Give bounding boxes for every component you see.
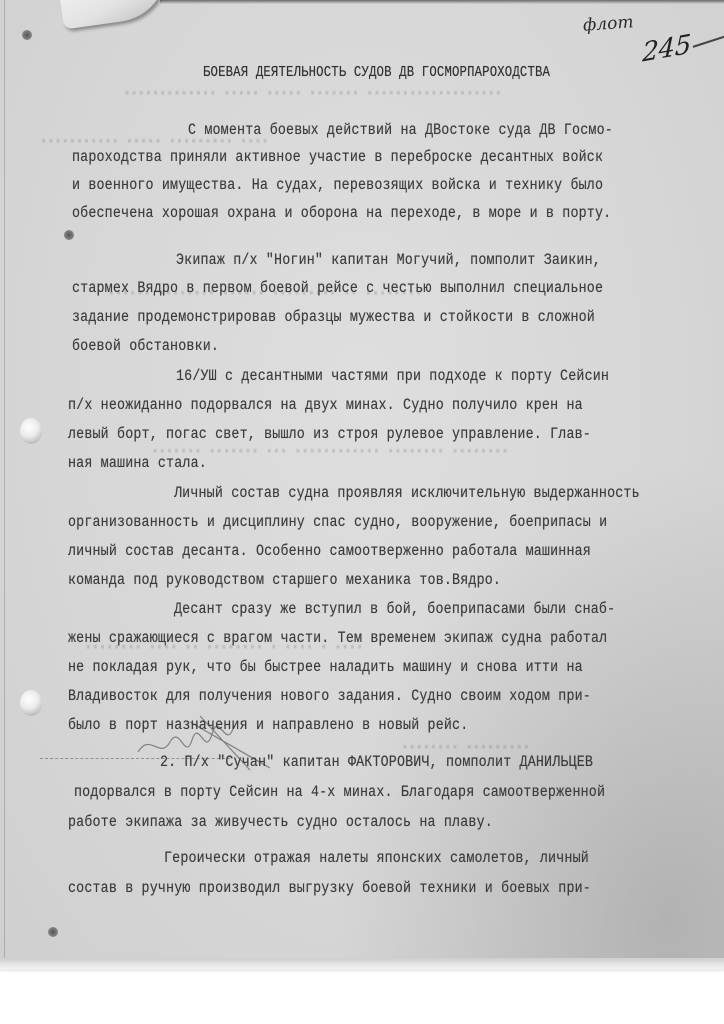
page-bottom-edge: [0, 958, 724, 970]
text-line: стармех Вядро в первом боевой рейсе с че…: [72, 279, 603, 297]
text-line: ная машина стала.: [68, 454, 207, 472]
text-line: левый борт, погас свет, вышло из строя р…: [68, 425, 591, 443]
text-line: С момента боевых действий на ДВостоке су…: [188, 121, 613, 139]
text-line: не покладая рук, что бы быстрее наладить…: [68, 658, 583, 676]
handwritten-page-number: 245: [642, 29, 692, 68]
handwritten-fleet-label: флот: [582, 12, 634, 35]
text-line: состав в ручную производил выгрузку боев…: [68, 879, 591, 897]
text-line: Личный состав судна проявляя исключитель…: [174, 484, 640, 502]
text-line: пароходства приняли активное участие в п…: [72, 148, 603, 166]
text-line: Героически отражая налеты японских самол…: [164, 849, 589, 867]
page-edge-line: [4, 0, 5, 968]
text-line: жены сражающиеся с врагом части. Тем вре…: [68, 629, 607, 647]
text-line: команда под руководством старшего механи…: [68, 571, 501, 589]
text-line: организованность и дисциплину спас судно…: [68, 513, 607, 531]
document-title: БОЕВАЯ ДЕЯТЕЛЬНОСТЬ СУДОВ ДВ ГОСМОРПАРОХ…: [203, 64, 550, 81]
text-line: и военного имущества. На судах, перевозя…: [72, 176, 603, 194]
pin-mark: [64, 230, 74, 240]
text-line: Владивосток для получения нового задания…: [68, 687, 591, 705]
text-line: 16/УШ с десантными частями при подходе к…: [176, 367, 609, 385]
text-line: Экипаж п/х "Ногин" капитан Могучий, помп…: [176, 251, 601, 269]
folded-corner: [57, 0, 173, 29]
punch-hole: [20, 690, 42, 716]
scanned-document-page: ▪▪▪▪▪▪▪▪▪▪▪▪▪▪▪▪▪▪▪ ▪▪▪▪▪▪▪ ▪▪▪▪▪ ▪▪▪▪▪ …: [0, 0, 724, 968]
punch-hole: [20, 418, 42, 444]
pin-mark: [48, 927, 58, 937]
text-line: п/х неожиданно подорвался на двух минах.…: [68, 396, 583, 414]
text-line: обеспечена хорошая охрана и оборона на п…: [72, 204, 611, 222]
page-top-shadow: [160, 0, 724, 4]
text-line: работе экипажа за живучесть судно остало…: [68, 813, 493, 831]
bleed-through-texture: ▪▪▪▪▪▪▪▪▪▪▪▪▪▪▪▪▪▪▪ ▪▪▪▪▪▪▪ ▪▪▪▪▪ ▪▪▪▪▪ …: [123, 86, 501, 102]
text-line: задание продемонстрировав образцы мужест…: [72, 308, 595, 326]
text-line: личный состав десанта. Особенно самоотве…: [68, 542, 591, 560]
handwritten-stroke: [693, 34, 724, 48]
text-line: Десант сразу же вступил в бой, боеприпас…: [174, 600, 615, 618]
text-line: боевой обстановки.: [72, 337, 219, 355]
text-line: 2. П/х "Сучан" капитан ФАКТОРОВИЧ, помпо…: [160, 753, 593, 771]
text-line: подорвался в порту Сейсин на 4-х минах. …: [74, 783, 605, 801]
text-line: было в порт назначения и направлено в но…: [68, 716, 468, 734]
pin-mark: [22, 30, 32, 40]
